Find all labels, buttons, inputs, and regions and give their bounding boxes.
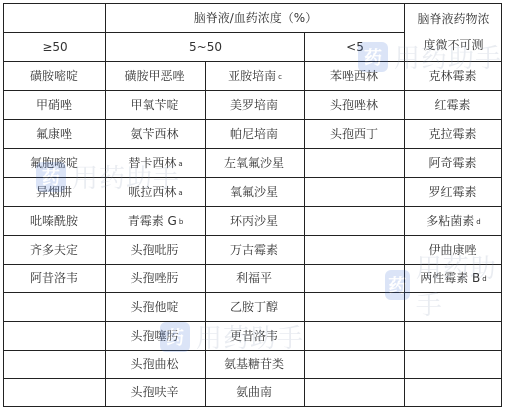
drug-name: 罗红霉素 — [428, 183, 476, 202]
table-cell — [305, 236, 405, 265]
table-cell: 氟胞嘧啶 — [4, 149, 106, 178]
header-band-lt5: <5 — [305, 33, 405, 62]
divider — [4, 177, 501, 178]
header-top-left-blank — [4, 4, 106, 33]
table-cell: 美罗培南 — [205, 91, 305, 120]
table-cell: 左氧氟沙星 — [205, 149, 305, 178]
drug-name: 替卡西林 — [128, 154, 176, 173]
drug-name: 左氧氟沙星 — [224, 154, 284, 173]
divider — [4, 206, 501, 207]
table-cell — [4, 379, 106, 406]
table-cell: 乙胺丁醇 — [205, 293, 305, 322]
drug-name: 氟康唑 — [36, 125, 72, 144]
drug-name: 环丙沙星 — [230, 212, 278, 231]
divider — [4, 292, 501, 293]
table-cell — [405, 322, 502, 351]
drug-name: 氨苄西林 — [130, 125, 178, 144]
table-cell — [4, 322, 106, 351]
table-cell: 环丙沙星 — [205, 207, 305, 236]
drug-name: 亚胺培南 — [228, 67, 276, 86]
table-cell: 亚胺培南c — [205, 62, 305, 91]
table-cell: 氨基糖苷类 — [205, 351, 305, 379]
table-cell: 头孢噻肟 — [106, 322, 205, 351]
drug-name: 伊曲康唑 — [428, 241, 476, 260]
divider — [4, 148, 501, 149]
drug-name: 万古霉素 — [230, 241, 278, 260]
drug-name: 利福平 — [236, 269, 272, 288]
table-cell: 阿奇霉素 — [405, 149, 502, 178]
table-cell: 多粘菌素d — [405, 207, 502, 236]
drug-name: 氧氟沙星 — [230, 183, 278, 202]
table-cell: 氨苄西林 — [106, 120, 205, 149]
table-cell: 头孢曲松 — [106, 351, 205, 379]
header-undetectable-line1: 脑脊液药物浓 — [417, 10, 489, 29]
divider — [4, 321, 501, 322]
table-cell: 克拉霉素 — [405, 120, 502, 149]
table-cell — [405, 293, 502, 322]
drug-name: 阿奇霉素 — [428, 154, 476, 173]
drug-csf-penetration-table: 脑脊液/血药浓度（%） 脑脊液药物浓 度微不可测 ≥50 5~50 <5 磺胺嘧… — [3, 3, 502, 407]
drug-name: 美罗培南 — [230, 96, 278, 115]
drug-name: 青霉素 G — [128, 212, 177, 231]
table-cell: 甲氧苄啶 — [106, 91, 205, 120]
table-cell: 克林霉素 — [405, 62, 502, 91]
drug-name: 红霉素 — [434, 96, 470, 115]
table-cell — [305, 207, 405, 236]
drug-name: 乙胺丁醇 — [230, 298, 278, 317]
table-cell — [405, 379, 502, 406]
table-cell: 红霉素 — [405, 91, 502, 120]
drug-name: 头孢呋辛 — [130, 383, 178, 402]
table-cell — [4, 293, 106, 322]
drug-name: 头孢曲松 — [130, 355, 178, 374]
table-cell: 异烟肼 — [4, 178, 106, 207]
header-csf-blood-ratio: 脑脊液/血药浓度（%） — [106, 4, 405, 33]
table-cell: 氨曲南 — [205, 379, 305, 406]
drug-name: 氨基糖苷类 — [224, 355, 284, 374]
drug-name: 苯唑西林 — [330, 67, 378, 86]
table-cell: 甲硝唑 — [4, 91, 106, 120]
table-cell — [305, 322, 405, 351]
table-cell: 伊曲康唑 — [405, 236, 502, 265]
table-cell: 苯唑西林 — [305, 62, 405, 91]
drug-name: 甲硝唑 — [36, 96, 72, 115]
table-cell: 磺胺嘧啶 — [4, 62, 106, 91]
table-cell: 罗红霉素 — [405, 178, 502, 207]
drug-name: 多粘菌素 — [426, 212, 474, 231]
drug-name: 头孢西丁 — [330, 125, 378, 144]
table-cell — [405, 351, 502, 379]
divider — [4, 119, 501, 120]
table-cell: 阿昔洛韦 — [4, 265, 106, 293]
table-cell: 齐多夫定 — [4, 236, 106, 265]
table-cell: 利福平 — [205, 265, 305, 293]
table-cell: 更昔洛韦 — [205, 322, 305, 351]
drug-name: 磺胺甲恶唑 — [124, 67, 184, 86]
divider — [4, 235, 501, 236]
drug-name: 头孢唑林 — [330, 96, 378, 115]
drug-name: 磺胺嘧啶 — [30, 67, 78, 86]
drug-name: 甲氧苄啶 — [130, 96, 178, 115]
drug-name: 氨曲南 — [236, 383, 272, 402]
header-undetectable: 脑脊液药物浓 度微不可测 — [405, 4, 502, 62]
divider — [4, 350, 501, 351]
drug-name: 头孢唑肟 — [130, 269, 178, 288]
drug-name: 氟胞嘧啶 — [30, 154, 78, 173]
drug-name: 两性霉素 B — [420, 269, 480, 288]
divider — [4, 264, 501, 265]
divider — [4, 32, 405, 33]
drug-name: 吡嗪酰胺 — [30, 212, 78, 231]
table-cell — [305, 379, 405, 406]
table-cell — [305, 351, 405, 379]
divider — [4, 378, 501, 379]
table-cell: 氟康唑 — [4, 120, 106, 149]
header-undetectable-line2: 度微不可测 — [423, 36, 483, 55]
drug-name: 头孢噻肟 — [130, 327, 178, 346]
table-cell: 青霉素 Gb — [106, 207, 205, 236]
drug-name: 头孢他啶 — [130, 298, 178, 317]
table-cell — [305, 293, 405, 322]
drug-name: 更昔洛韦 — [230, 327, 278, 346]
table-cell: 两性霉素 Bd — [405, 265, 502, 293]
drug-name: 齐多夫定 — [30, 241, 78, 260]
drug-name: 异烟肼 — [36, 183, 72, 202]
header-band-5-50: 5~50 — [106, 33, 305, 62]
table-cell: 万古霉素 — [205, 236, 305, 265]
table-cell: 头孢呋辛 — [106, 379, 205, 406]
table-cell: 头孢吡肟 — [106, 236, 205, 265]
table-cell: 头孢唑肟 — [106, 265, 205, 293]
table-cell: 头孢西丁 — [305, 120, 405, 149]
divider — [4, 90, 501, 91]
table-cell: 替卡西林a — [106, 149, 205, 178]
table-cell — [305, 178, 405, 207]
header-band-ge50: ≥50 — [4, 33, 106, 62]
table-cell: 头孢他啶 — [106, 293, 205, 322]
table-cell — [305, 149, 405, 178]
drug-name: 帕尼培南 — [230, 125, 278, 144]
drug-name: 哌拉西林 — [128, 183, 176, 202]
table-cell: 氧氟沙星 — [205, 178, 305, 207]
table-cell — [4, 351, 106, 379]
table-cell: 磺胺甲恶唑 — [106, 62, 205, 91]
drug-name: 克林霉素 — [428, 67, 476, 86]
drug-name: 克拉霉素 — [428, 125, 476, 144]
table-cell: 头孢唑林 — [305, 91, 405, 120]
drug-name: 头孢吡肟 — [130, 241, 178, 260]
table-cell — [305, 265, 405, 293]
table-cell: 帕尼培南 — [205, 120, 305, 149]
table-cell: 吡嗪酰胺 — [4, 207, 106, 236]
drug-name: 阿昔洛韦 — [30, 269, 78, 288]
table-cell: 哌拉西林a — [106, 178, 205, 207]
